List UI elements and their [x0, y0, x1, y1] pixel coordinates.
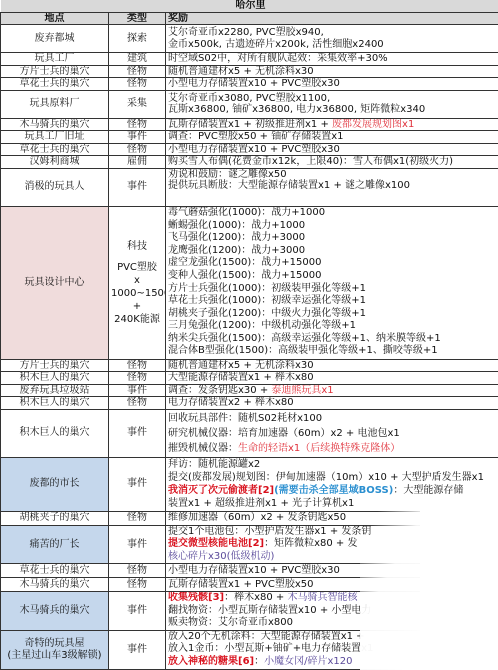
location-cell: 木马骑兵的巢穴 [1, 592, 109, 631]
location-cell: 胡桃夹子的巢穴 [1, 511, 109, 525]
reward-cell: 艾尔奇亚币x2280, PVC塑胶x940, 金币x500k, 古遗迹碎片x20… [166, 25, 498, 53]
location-cell: 方片士兵的巢穴 [1, 65, 109, 78]
col-header-type: 类型 [109, 12, 166, 25]
reward-cell: 随机普通建材x5 + 无机涂料x30 [166, 65, 498, 78]
location-cell: 木马骑兵的巢穴 [1, 118, 109, 131]
table-row: 玩具工厂旧址 事件 调查：PVC塑胶x50 + 铀矿存储装置x1 [1, 131, 498, 144]
reward-line: 拜访：随机能源罐x2 [168, 458, 498, 471]
table-row: 消极的玩具人 事件 劝说和鼓励：谜之雕像x50 提供玩具断肢：大型能源存储装置x… [1, 168, 498, 206]
type-cell: 怪物 [109, 511, 166, 525]
table-row: 木马骑兵的巢穴 怪物 瓦斯存储装置x1 + 初级推进剂x1 + 废都发展规划图x… [1, 118, 498, 131]
reward-text: ： [254, 656, 264, 667]
location-cell: 奇特的玩具屋 (主星过山车3级解锁) [1, 630, 109, 669]
highlight-quest: 我消灭了次元偷渡者[2] [168, 485, 274, 496]
reward-line: 飞马强化(1200)：战力+3000 [168, 232, 498, 245]
reward-text: ：大型能源存储 [393, 485, 463, 496]
type-cell: 事件 [109, 525, 166, 564]
type-cell: 事件 [109, 457, 166, 511]
table-row: 积木巨人的巢穴 怪物 大型能源存储装置x1 + 榉木x80 [1, 372, 498, 385]
watermark-overlay-solid [420, 500, 498, 670]
reward-cell: 调查：PVC塑胶x50 + 铀矿存储装置x1 [166, 131, 498, 144]
reward-line: 研究机械仪器：培育加速器（60m）x2 + 电池包x1 [168, 426, 498, 441]
location-cell: 积木巨人的巢穴 [1, 397, 109, 410]
reward-line: 变种人强化(1500)：战力+15000 [168, 270, 498, 283]
table-row: 积木巨人的巢穴 怪物 电力存储装置x2 + 榉木x80 [1, 397, 498, 410]
reward-line: 蜥蜴强化(1000)：战力+1000 [168, 220, 498, 233]
reward-line: 胡桃夹子强化(1200)：中级火力强化等级+1 [168, 308, 498, 321]
table-row: 方片士兵的巢穴 怪物 随机普通建材x5 + 无机涂料x30 [1, 65, 498, 78]
reward-line: 艾尔奇亚币x3080, PVC塑胶x1100, [168, 93, 498, 105]
reward-text: 摧毁机械仪器： [168, 443, 238, 454]
type-cell: 怪物 [109, 397, 166, 410]
table-row: 废弃玩具垃圾站 事件 调查：发条钥匙x30 + 泰迪熊玩具x1 [1, 384, 498, 397]
location-cell: 方片士兵的巢穴 [1, 359, 109, 372]
table-row: 玩具工厂 建筑 时空域S02中，对所有舰队起效：采集效率+30% [1, 53, 498, 66]
reward-text: 调查：发条钥匙x30 + [168, 385, 271, 396]
location-cell: 草花士兵的巢穴 [1, 564, 109, 578]
type-line: + [111, 300, 163, 313]
location-cell: 废弃都城 [1, 25, 109, 53]
reward-line: 虚空龙强化(1500)：战力+15000 [168, 257, 498, 270]
reward-line: 艾尔奇亚币x2280, PVC塑胶x940, [168, 27, 498, 39]
type-cell: 事件 [109, 168, 166, 206]
type-cell: 事件 [109, 131, 166, 144]
type-cell: 事件 [109, 384, 166, 397]
reward-text: 瓦斯存储装置x1 + 初级推进剂x1 + [168, 119, 332, 130]
reward-line: 方片士兵强化(1000)：初级装甲强化等级+1 [168, 283, 498, 296]
reward-line: 我消灭了次元偷渡者[2](需要击杀全部星域BOSS)：大型能源存储 [168, 484, 498, 497]
location-cell: 废都的市长 [1, 457, 109, 511]
type-cell: 怪物 [109, 143, 166, 156]
reward-line: 草花士兵强化(1000)：初级幸运强化等级+1 [168, 295, 498, 308]
reward-text: ：榉木x80 + [224, 592, 287, 603]
col-header-location: 地点 [1, 12, 109, 25]
type-line: 1000~1500 [111, 287, 163, 300]
reward-cell: 随机普通建材x5 + 无机涂料x30 [166, 359, 498, 372]
location-line: 奇特的玩具屋 [3, 638, 106, 650]
reward-cell: 小型电力存储装置x10 + PVC塑胶x30 [166, 143, 498, 156]
highlight-reward: 废都发展规划图x1 [332, 119, 414, 130]
location-cell: 废弃玩具垃圾站 [1, 384, 109, 397]
highlight-quest: 收集残骸[3] [168, 592, 224, 603]
type-cell: 怪物 [109, 372, 166, 385]
location-cell: 草花士兵的巢穴 [1, 78, 109, 91]
reward-line: 纳米尖兵强化(1500)：高级幸运强化等级+1、纳米膜等级+1 [168, 333, 498, 346]
location-cell: 玩具原料厂 [1, 90, 109, 118]
type-cell: 建筑 [109, 53, 166, 66]
reward-line: 提供玩具断肢：大型能源存储装置x1 + 谜之雕像x100 [168, 180, 498, 192]
reward-line: 劝说和鼓励：谜之雕像x50 [168, 169, 498, 181]
table-row: 玩具原料厂 采集 艾尔奇亚币x3080, PVC塑胶x1100, 瓦斯x3680… [1, 90, 498, 118]
type-cell: 采集 [109, 90, 166, 118]
reward-text: ：矩阵微粒x80 + 发 [264, 538, 357, 549]
highlight-quest: 放入神秘的糖果[6] [168, 656, 254, 667]
reward-line: 金币x500k, 古遗迹碎片x200k, 活性细胞x2400 [168, 39, 498, 51]
reward-cell: 电力存储装置x2 + 榉木x80 [166, 397, 498, 410]
reward-cell: 劝说和鼓励：谜之雕像x50 提供玩具断肢：大型能源存储装置x1 + 谜之雕像x1… [166, 168, 498, 206]
reward-cell: 瓦斯存储装置x1 + 初级推进剂x1 + 废都发展规划图x1 [166, 118, 498, 131]
type-cell: 事件 [109, 630, 166, 669]
type-cell: 事件 [109, 592, 166, 631]
col-header-reward: 奖励 [166, 12, 498, 25]
location-cell: 汉姆利商城 [1, 156, 109, 169]
table-row: 积木巨人的巢穴 事件 回收玩具部件：随机S02耗材x100 研究机械仪器：培育加… [1, 409, 498, 457]
table-row: 草花士兵的巢穴 怪物 小型电力存储装置x10 + PVC塑胶x30 [1, 78, 498, 91]
table-row: 玩具设计中心 科技 PVC塑胶 x 1000~1500 + 240K能源 毒气蘑… [1, 206, 498, 359]
type-line: 240K能源 [111, 313, 163, 326]
type-cell: 雇佣 [109, 156, 166, 169]
type-cell: 怪物 [109, 65, 166, 78]
location-cell: 玩具设计中心 [1, 206, 109, 359]
highlight-reward: 泰迪熊玩具x1 [271, 385, 333, 396]
type-cell: 怪物 [109, 359, 166, 372]
type-cell: 怪物 [109, 118, 166, 131]
type-line: 科技 [111, 240, 163, 253]
reward-line: 摧毁机械仪器：生命的轻语x1（后续换特殊克隆体） [168, 441, 498, 456]
location-cell: 草花士兵的巢穴 [1, 143, 109, 156]
type-cell: 怪物 [109, 564, 166, 578]
reward-line: 毒气蘑菇强化(1000)：战力+1000 [168, 207, 498, 220]
highlight-quest: 提交微型核能电池[2] [168, 538, 264, 549]
type-cell: 事件 [109, 409, 166, 457]
location-cell: 痛苦的厂长 [1, 525, 109, 564]
table-row: 废弃都城 探索 艾尔奇亚币x2280, PVC塑胶x940, 金币x500k, … [1, 25, 498, 53]
location-cell: 积木巨人的巢穴 [1, 372, 109, 385]
table-row: 草花士兵的巢穴 怪物 小型电力存储装置x10 + PVC塑胶x30 [1, 143, 498, 156]
location-cell: 积木巨人的巢穴 [1, 409, 109, 457]
type-cell: 怪物 [109, 578, 166, 592]
highlight-reward: 生命的轻语x1（后续换特殊克隆体） [238, 443, 400, 454]
reward-line: 混合体B型强化(1500)：高级装甲强化等级+1、撕咬等级+1 [168, 345, 498, 358]
type-line: x [111, 274, 163, 287]
reward-cell: 大型能源存储装置x1 + 榉木x80 [166, 372, 498, 385]
highlight-requirement: (需要击杀全部星域BOSS) [274, 485, 393, 496]
table-row: 方片士兵的巢穴 怪物 随机普通建材x5 + 无机涂料x30 [1, 359, 498, 372]
reward-cell: 购买雪人布偶(花费金币x12k，上限40)：雪人布偶x1(初级火力) [166, 156, 498, 169]
reward-cell: 时空域S02中，对所有舰队起效：采集效率+30% [166, 53, 498, 66]
reward-cell: 小型电力存储装置x10 + PVC塑胶x30 [166, 78, 498, 91]
type-cell: 科技 PVC塑胶 x 1000~1500 + 240K能源 [109, 206, 166, 359]
type-line: PVC塑胶 [111, 261, 163, 274]
reward-line: 回收玩具部件：随机S02耗材x100 [168, 411, 498, 426]
reward-cell: 回收玩具部件：随机S02耗材x100 研究机械仪器：培育加速器（60m）x2 +… [166, 409, 498, 457]
location-cell: 消极的玩具人 [1, 168, 109, 206]
reward-cell: 毒气蘑菇强化(1000)：战力+1000 蜥蜴强化(1000)：战力+1000 … [166, 206, 498, 359]
reward-cell: 调查：发条钥匙x30 + 泰迪熊玩具x1 [166, 384, 498, 397]
location-cell: 木马骑兵的巢穴 [1, 578, 109, 592]
table-title: 哈尔里 [1, 0, 498, 12]
reward-line: 提交(废都发展)规划图：伊甸加速器（10m）x10 + 大型护盾发生器x1 [168, 471, 498, 484]
type-cell: 怪物 [109, 78, 166, 91]
table-row: 汉姆利商城 雇佣 购买雪人布偶(花费金币x12k，上限40)：雪人布偶x1(初级… [1, 156, 498, 169]
highlight-reward: 木马骑兵智能核 [288, 592, 358, 603]
reward-line: 龙鹰强化(1200)：战力+3000 [168, 245, 498, 258]
location-cell: 玩具工厂 [1, 53, 109, 66]
type-cell: 探索 [109, 25, 166, 53]
reward-line: 瓦斯x36800, 铀矿x36800, 电力x36800, 矩阵微粒x340 [168, 104, 498, 116]
reward-line: 三月兔强化(1200)：中级机动强化等级+1 [168, 320, 498, 333]
highlight-reward: 小魔女冈/碎片x120 [264, 656, 352, 667]
location-cell: 玩具工厂旧址 [1, 131, 109, 144]
location-line: (主星过山车3级解锁) [3, 650, 106, 662]
reward-cell: 艾尔奇亚币x3080, PVC塑胶x1100, 瓦斯x36800, 铀矿x368… [166, 90, 498, 118]
